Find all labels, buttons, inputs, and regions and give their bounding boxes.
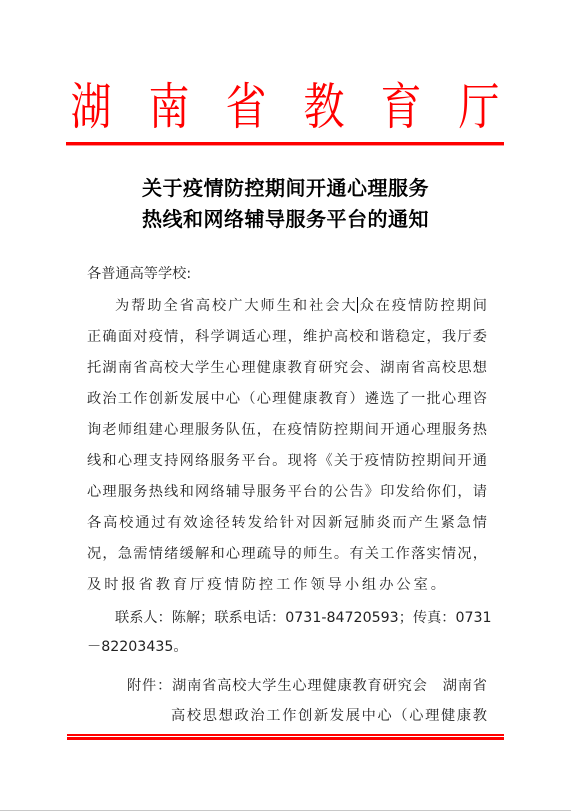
paragraph-line: 询老师组建心理服务队伍，在疫情防控期间开通心理服务热 bbox=[87, 420, 487, 440]
paragraph-line: 正确面对疫情，科学调适心理，维护高校和谐稳定，我厅委 bbox=[87, 327, 487, 347]
paragraph-line: 托湖南省高校大学生心理健康教育研究会、湖南省高校思想 bbox=[87, 358, 487, 378]
footer-red-rule-thin bbox=[67, 734, 504, 736]
attachment-line: 高校思想政治工作创新发展中心（心理健康教 bbox=[171, 706, 487, 726]
footer-red-rule bbox=[67, 734, 504, 740]
paragraph-line: 线和心理支持网络服务平台。现将《关于疫情防控期间开通 bbox=[87, 451, 487, 471]
masthead-issuer: 湖 南 省 教 育 厅 bbox=[66, 76, 504, 138]
paragraph-line: 各高校通过有效途径转发给针对因新冠肺炎而产生紧急情 bbox=[87, 513, 487, 533]
text-before-cursor: 为帮助全省高校广大师生和社会大 bbox=[115, 298, 358, 314]
paragraph-line: 心理服务热线和网络辅导服务平台的公告》印发给你们，请 bbox=[87, 482, 487, 502]
masthead-char: 厅 bbox=[458, 76, 499, 138]
salutation: 各普通高等学校: bbox=[87, 264, 191, 284]
contact-line: －82203435。 bbox=[87, 637, 188, 657]
masthead-char: 省 bbox=[226, 76, 267, 138]
attachment-line: 附件：湖南省高校大学生心理健康教育研究会 湖南省 bbox=[127, 676, 487, 696]
text-after-cursor: 众在疫情防控期间 bbox=[358, 298, 487, 314]
masthead-red-rule bbox=[66, 142, 504, 145]
document-title-line-2: 热线和网络辅导服务平台的通知 bbox=[0, 203, 571, 232]
masthead-char: 湖 bbox=[71, 76, 112, 138]
masthead-char: 育 bbox=[381, 76, 422, 138]
paragraph-line: 为帮助全省高校广大师生和社会大众在疫情防控期间 bbox=[115, 296, 487, 316]
masthead-char: 南 bbox=[148, 76, 189, 138]
contact-line: 联系人：陈解；联系电话：0731-84720593；传真：0731 bbox=[115, 608, 487, 628]
document-title-line-1: 关于疫情防控期间开通心理服务 bbox=[0, 172, 571, 201]
paragraph-line: 及时报省教育厅疫情防控工作领导小组办公室。 bbox=[87, 575, 448, 595]
masthead-char: 教 bbox=[303, 76, 344, 138]
document-page: 湖 南 省 教 育 厅 关于疫情防控期间开通心理服务 热线和网络辅导服务平台的通… bbox=[0, 0, 571, 811]
paragraph-line: 况，急需情绪缓解和心理疏导的师生。有关工作落实情况， bbox=[87, 544, 487, 564]
paragraph-line: 政治工作创新发展中心（心理健康教育）遴选了一批心理咨 bbox=[87, 389, 487, 409]
footer-red-rule-thick bbox=[67, 737, 504, 740]
